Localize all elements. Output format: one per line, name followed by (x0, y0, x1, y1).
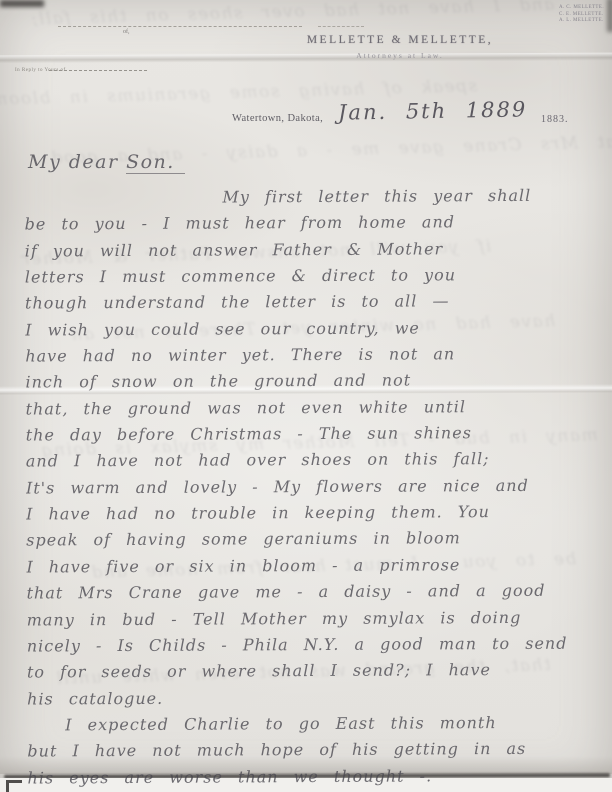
letter-line: nicely - Is Childs - Phila N.Y. a good m… (27, 630, 607, 659)
letterhead-of-label: of, (123, 29, 130, 35)
letter-line: I have had no trouble in keeping them. Y… (26, 499, 606, 528)
letter-line: speak of having some geraniums in bloom (26, 525, 606, 554)
letter-line: I have five or six in bloom - a primrose (26, 551, 606, 580)
scan-edge-artifact-bottom-left (6, 780, 22, 792)
letter-line: that, the ground was not even white unti… (26, 393, 606, 422)
letter-line: letters I must commence & direct to you (25, 262, 605, 291)
dateline-place: Watertown, Dakota, (232, 113, 323, 124)
letter-line: It's warm and lovely - My flowers are ni… (26, 472, 606, 501)
letter-line: his catalogue. (27, 683, 607, 712)
letter-line: to for seeds or where shall I send?; I h… (27, 657, 607, 686)
scan-edge-artifact-top-right (607, 0, 612, 32)
bleedthrough-writing: and I have not had over shoes on this fa… (30, 0, 555, 29)
letter-line: that Mrs Crane gave me - a daisy - and a… (26, 578, 606, 607)
letter-line: if you will not answer Father & Mother (25, 235, 605, 264)
letterhead-blank-rule (318, 26, 364, 27)
letter-line: My first letter this year shall (24, 182, 604, 211)
letter-line: I wish you could see our country, we (25, 314, 605, 343)
firm-subtitle: Attorneys at Law. (200, 51, 600, 60)
attorney-name: A. C. MELLETTE. (559, 5, 604, 12)
letter-line: have had no winter yet. There is not an (25, 341, 605, 370)
printed-year: 1883. (541, 114, 569, 125)
letter-line: be to you - I must hear from home and (25, 209, 605, 238)
salutation: My dear Son. (28, 151, 185, 173)
scan-edge-artifact-top-left (0, 0, 44, 7)
letter-line: inch of snow on the ground and not (25, 367, 605, 396)
salutation-name: Son. (126, 151, 185, 174)
letter-line: I expected Charlie to go East this month (27, 709, 607, 738)
letter-line: but I have not much hope of his getting … (27, 736, 607, 765)
letter-line: and I have not had over shoes on this fa… (26, 446, 606, 475)
letter-line: the day before Christmas - The sun shine… (26, 420, 606, 449)
letter-line: many in bud - Tell Mother my smylax is d… (27, 604, 607, 633)
letter-line: though understand the letter is to all — (25, 288, 605, 317)
letter-body: My first letter this year shall be to yo… (24, 182, 607, 791)
reply-reference-blank-rule (49, 70, 147, 71)
handwritten-date: Jan. 5th 1889 (338, 97, 528, 124)
letterhead-blank-rule (58, 26, 302, 27)
attorney-name-list: A. C. MELLETTE. C. E. MELLETTE. A. L. ME… (559, 5, 604, 25)
salutation-prefix: My dear (28, 151, 126, 173)
firm-name: MELLETTE & MELLETTE, (200, 34, 600, 46)
letter-line: his eyes are worse than we thought -. (27, 762, 607, 791)
attorney-name: A. L. MELLETTE. (559, 18, 604, 25)
scanned-letter-page: and I have not had over shoes on this fa… (0, 0, 612, 792)
